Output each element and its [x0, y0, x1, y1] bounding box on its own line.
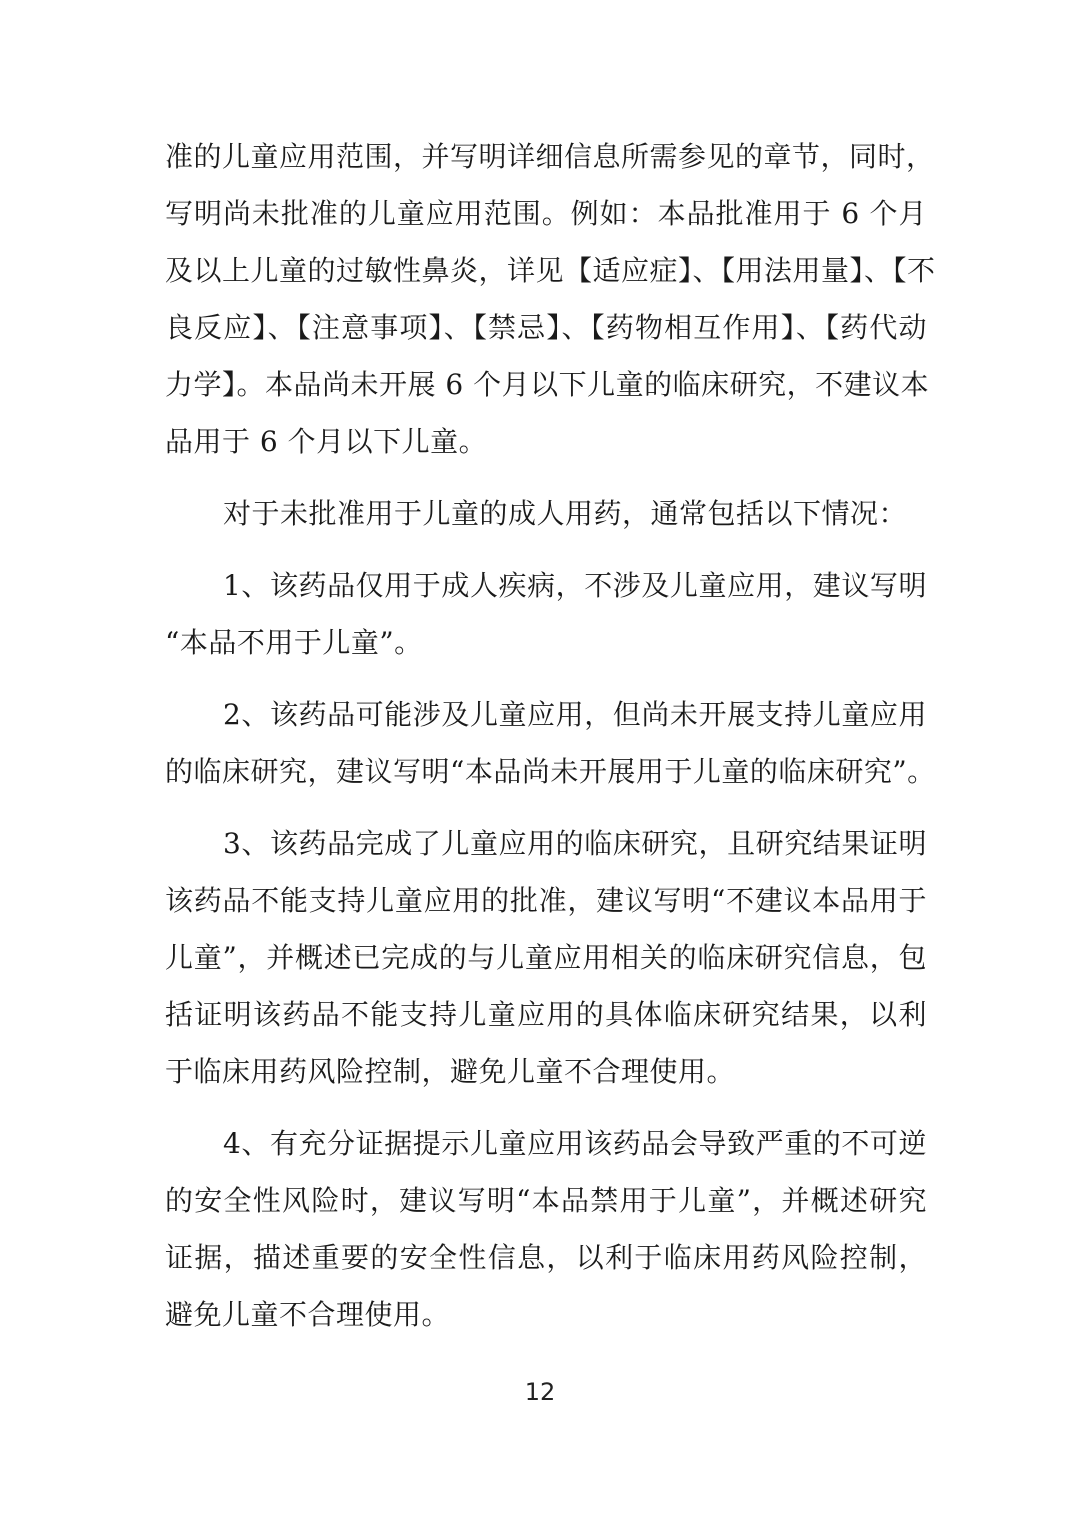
text-line: 及以上儿童的过敏性鼻炎，详见【适应症】、【用法用量】、【不: [165, 242, 927, 299]
text-line: 2、该药品可能涉及儿童应用，但尚未开展支持儿童应用: [165, 686, 927, 743]
text-line: 的临床研究，建议写明“本品尚未开展用于儿童的临床研究”。: [165, 743, 927, 800]
text-line: 的安全性风险时，建议写明“本品禁用于儿童”，并概述研究: [165, 1172, 927, 1229]
list-item-2: 2、该药品可能涉及儿童应用，但尚未开展支持儿童应用 的临床研究，建议写明“本品尚…: [165, 686, 927, 800]
list-item-4: 4、有充分证据提示儿童应用该药品会导致严重的不可逆 的安全性风险时，建议写明“本…: [165, 1115, 927, 1343]
document-page: 准的儿童应用范围，并写明详细信息所需参见的章节，同时， 写明尚未批准的儿童应用范…: [0, 0, 1080, 1527]
text-line: “本品不用于儿童”。: [165, 614, 927, 671]
paragraph-pediatric-scope: 准的儿童应用范围，并写明详细信息所需参见的章节，同时， 写明尚未批准的儿童应用范…: [165, 128, 927, 470]
page-number: 12: [0, 1378, 1080, 1406]
text-line: 该药品不能支持儿童应用的批准，建议写明“不建议本品用于: [165, 872, 927, 929]
body-text: 准的儿童应用范围，并写明详细信息所需参见的章节，同时， 写明尚未批准的儿童应用范…: [165, 128, 927, 1358]
text-line: 4、有充分证据提示儿童应用该药品会导致严重的不可逆: [165, 1115, 927, 1172]
text-line: 于临床用药风险控制，避免儿童不合理使用。: [165, 1043, 927, 1100]
text-line: 3、该药品完成了儿童应用的临床研究，且研究结果证明: [165, 815, 927, 872]
text-line: 准的儿童应用范围，并写明详细信息所需参见的章节，同时，: [165, 128, 927, 185]
text-line: 儿童”，并概述已完成的与儿童应用相关的临床研究信息，包: [165, 929, 927, 986]
list-item-3: 3、该药品完成了儿童应用的临床研究，且研究结果证明 该药品不能支持儿童应用的批准…: [165, 815, 927, 1100]
text-line: 避免儿童不合理使用。: [165, 1286, 927, 1343]
text-line: 写明尚未批准的儿童应用范围。例如：本品批准用于 6 个月: [165, 185, 927, 242]
text-line: 括证明该药品不能支持儿童应用的具体临床研究结果，以利: [165, 986, 927, 1043]
text-line: 品用于 6 个月以下儿童。: [165, 413, 927, 470]
list-item-1: 1、该药品仅用于成人疾病，不涉及儿童应用，建议写明 “本品不用于儿童”。: [165, 557, 927, 671]
text-line: 证据，描述重要的安全性信息，以利于临床用药风险控制，: [165, 1229, 927, 1286]
text-line: 力学】。本品尚未开展 6 个月以下儿童的临床研究，不建议本: [165, 356, 927, 413]
paragraph-intro-cases: 对于未批准用于儿童的成人用药，通常包括以下情况：: [165, 485, 927, 542]
text-line: 对于未批准用于儿童的成人用药，通常包括以下情况：: [165, 485, 927, 542]
text-line: 良反应】、【注意事项】、【禁忌】、【药物相互作用】、【药代动: [165, 299, 927, 356]
text-line: 1、该药品仅用于成人疾病，不涉及儿童应用，建议写明: [165, 557, 927, 614]
